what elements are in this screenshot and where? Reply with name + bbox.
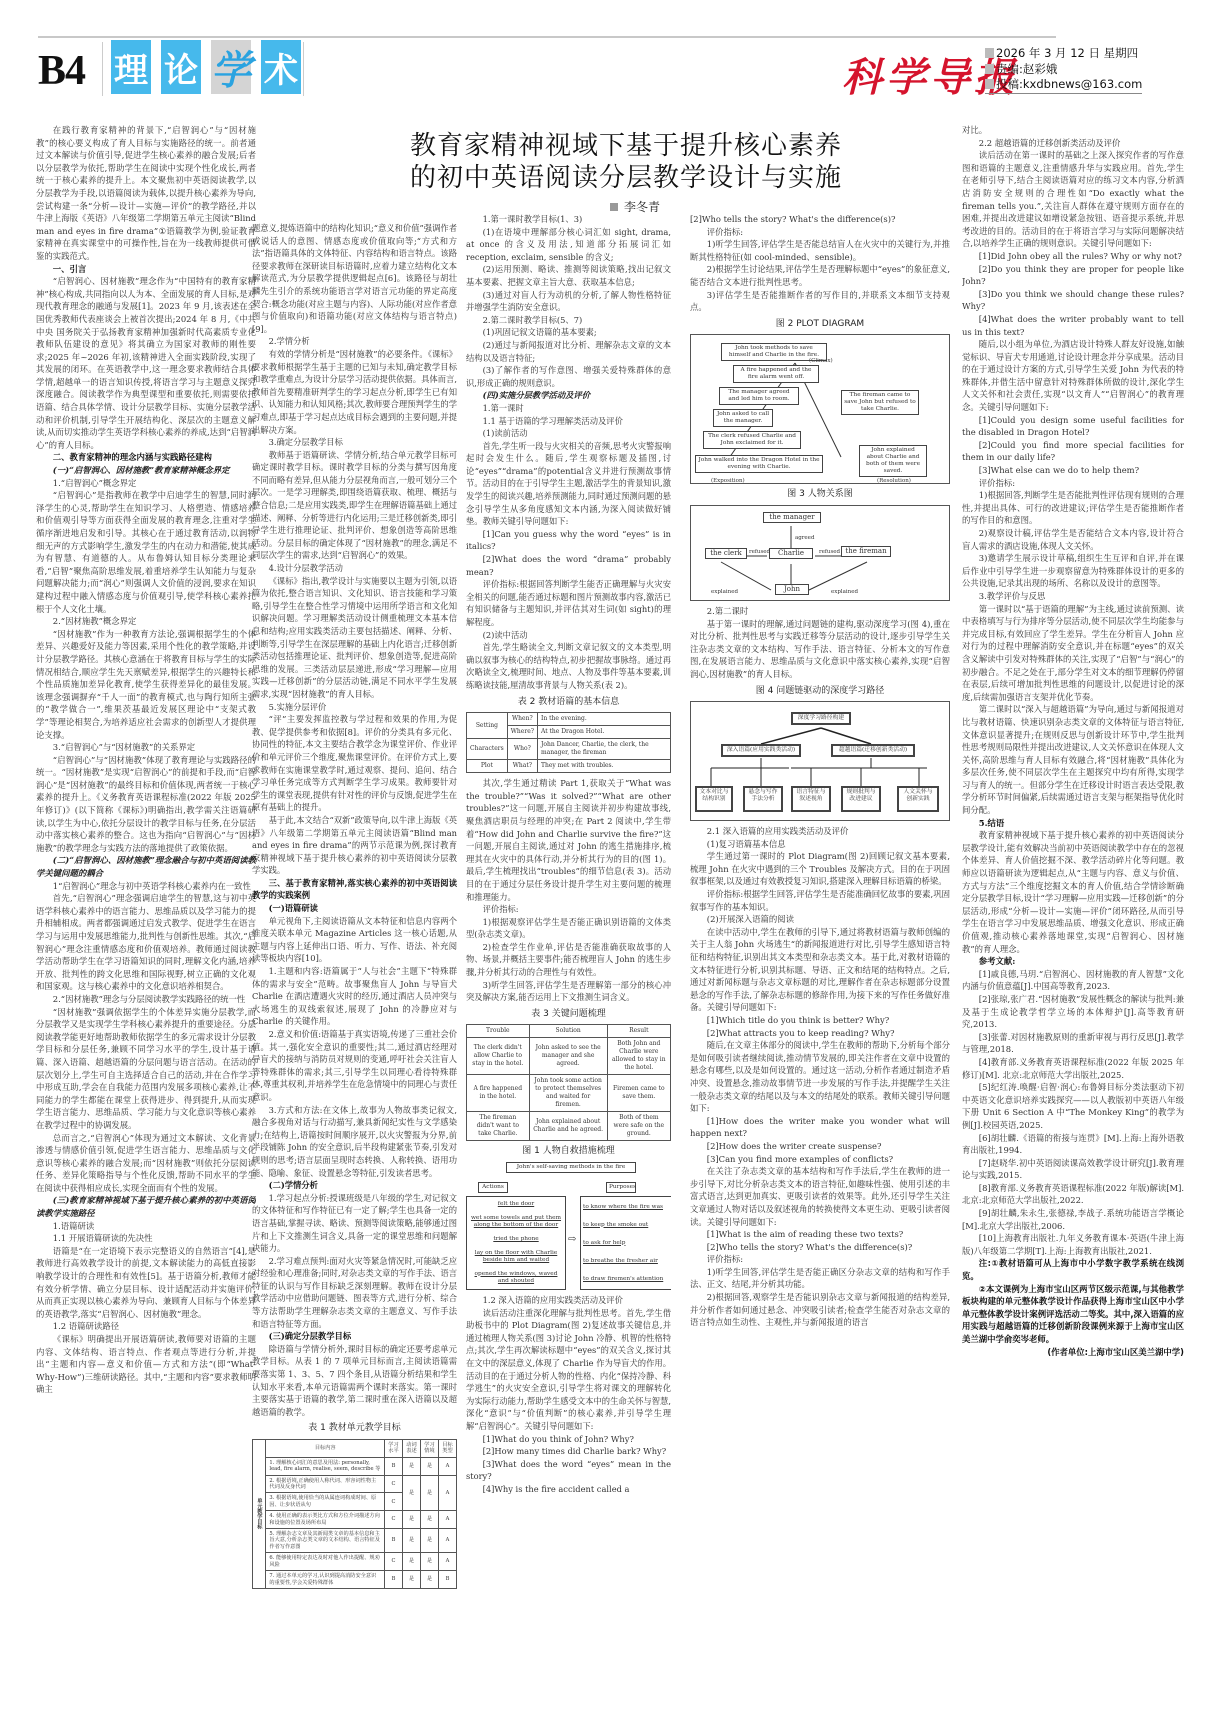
- subheading: 评价指标:: [690, 226, 950, 239]
- cell: 是: [402, 1553, 420, 1571]
- action-item: tried the phone: [469, 1236, 563, 1243]
- table-row: 6. 能够使用特定表达及时对他人作出提醒、规劝风险C是是A: [253, 1553, 457, 1571]
- paragraph: 对比。: [962, 124, 1184, 137]
- cell: Who?: [507, 739, 537, 760]
- paragraph: 首先,学生听一段与火灾相关的音频,思考火灾警报响起时会发生什么。随后,学生观察标…: [466, 440, 671, 528]
- paragraph: 1.主题和内容:语篇属于“人与社会”主题下“特殊群体的需求与安全”范畴。故事聚焦…: [252, 965, 457, 1028]
- cell: John explained about Charlie and he agre…: [529, 1112, 607, 1141]
- header-rule: [38, 36, 1056, 38]
- column-5: 对比。 2.2 超越语篇的迁移创新类活动及评价 读后活动在第一课时的基础之上深入…: [962, 124, 1184, 1724]
- subheading: (2)读中活动: [466, 629, 671, 642]
- plot-node: John explained about Charlie and both of…: [859, 445, 927, 477]
- table-row: 1. 理解核心词汇的意思及用法: personally, lead, fire …: [253, 1457, 457, 1475]
- relation-label: explained: [711, 586, 738, 599]
- table-row: 2. 根据语境,正确使用人称代词、形容词性物主代词及反身代词C是是A: [253, 1475, 457, 1493]
- cell: 是: [420, 1529, 438, 1553]
- paragraph: 1)听学生回答,评估学生是否能正确区分杂志文章的结构和写作手法、正文、结尾,并分…: [690, 1266, 950, 1291]
- cell: B: [385, 1457, 403, 1475]
- reference-item: [8]教育部.义务教育英语课程标准(2022 年版)解读[M].北京:北京师范大…: [962, 1182, 1184, 1207]
- subheading: (2)开展深入语篇的阅读: [690, 913, 950, 926]
- figure-caption: 图 3 人物关系图: [690, 488, 950, 501]
- guiding-question: [2]Do you think they are proper for peop…: [962, 263, 1184, 288]
- unit-objectives-table: 单元教学目标 目标内容 学习水平 动词表述 学习情境 目标类型 1. 理解核心词…: [252, 1439, 457, 1589]
- header-divider: [102, 42, 103, 96]
- table-header: Trouble: [467, 1025, 530, 1038]
- path-leaf-node: 人文关怀与创新实践: [897, 786, 939, 812]
- purpose-item: to draw firemen's attention: [583, 1276, 669, 1283]
- column-4: [2]Who tells the story? What's the diffe…: [690, 213, 950, 1713]
- cell: C: [385, 1553, 403, 1571]
- subheading: (1)读前活动: [466, 427, 671, 440]
- issue-date: 2026 年 3 月 12 日 星期四: [985, 46, 1142, 62]
- paragraph: 首先,学生略读全文,判断文章记叙文的文本类型,明确以叙事为核心的结构特点,初步把…: [466, 641, 671, 691]
- table-row: A fire happened in the hotel.John took s…: [467, 1075, 671, 1112]
- references-heading: 参考文献:: [962, 955, 1184, 968]
- action-item: felt the door: [469, 1201, 563, 1208]
- cell: In the evening.: [537, 713, 670, 726]
- guiding-question: [1]Did John obey all the rules? Why or w…: [962, 250, 1184, 263]
- purposes-label: Purposes: [606, 1182, 636, 1193]
- purpose-item: to breathe the fresher air: [583, 1258, 669, 1265]
- figure-caption: 图 2 PLOT DIAGRAM: [690, 318, 950, 331]
- character-node: the clerk: [705, 548, 747, 559]
- paragraph: 2.“因材施教”理念与分层阅读教学实践路径的统一性: [36, 993, 256, 1006]
- cell: 是: [402, 1475, 420, 1511]
- cell: Setting: [467, 713, 508, 739]
- cell: John asked to see the manager and she ag…: [529, 1038, 607, 1075]
- cell: 是: [420, 1457, 438, 1475]
- paragraph: 第二课时以“深入与超越语篇”为导向,通过与新闻报道对比与教材语篇、快速识别杂志类…: [962, 703, 1184, 816]
- cell: B: [438, 1571, 456, 1589]
- cell: John Dancer, Charlie, the clerk, the man…: [537, 739, 670, 760]
- actions-label: Actions: [478, 1182, 508, 1193]
- table-row: PlotWhat?They met with troubles.: [467, 760, 671, 773]
- paragraph: “评”主要发挥监控教与学过程和效果的作用,为促教、促学提供参考和依据[8]。评价…: [252, 713, 457, 814]
- plot-label: (Climax): [809, 355, 833, 368]
- cell: A fire happened in the hotel.: [467, 1075, 530, 1112]
- paragraph: 第一课时以“基于语篇的理解”为主线,通过读前预测、读中表格填写与行为排序等分层活…: [962, 603, 1184, 704]
- subheading: 4.设计分层教学活动: [252, 562, 457, 575]
- cell: A: [438, 1475, 456, 1511]
- cell: 是: [402, 1571, 420, 1589]
- relation-label: refused: [819, 546, 840, 559]
- paragraph: 1)听学生回答,评估学生是否能总结盲人在火灾中的关键行为,并推断其性格特征(如 …: [690, 238, 950, 263]
- reference-item: [10]上海教育出版社.九年义务教育课本·英语(牛津上海版)八年级第二学期[T]…: [962, 1232, 1184, 1257]
- cell: B: [385, 1571, 403, 1589]
- table-header: 目标内容: [266, 1440, 385, 1458]
- cell: Plot: [467, 760, 508, 773]
- paragraph: 在读中活动中,学生在教师的引导下,通过将教材语篇与教师创编的关于主人翁 John…: [690, 926, 950, 1014]
- relation-label: agreed: [795, 532, 814, 545]
- reference-item: [6]胡壮麟.《语篇的衔接与连贯》[M].上海:上海外语教育出版社,1994.: [962, 1132, 1184, 1157]
- table-header: 动词表述: [402, 1440, 420, 1458]
- table-caption: 表 2 教材语篇的基本信息: [466, 696, 671, 709]
- reference-item: [5]纪红涛.唤醒·启智·润心:布鲁姆目标分类法驱动下初中英语文化意识培养实践探…: [962, 1081, 1184, 1131]
- paragraph: 2.意义和价值:语篇基于真实语境,传递了三重社会价值。其一,强化安全意识的重要性…: [252, 1028, 457, 1104]
- paragraph: 《课标》明确提出开展语篇研读,教师要对语篇的主题内容、文体结构、语言特点、作者观…: [36, 1333, 256, 1396]
- paragraph: 基于第一课时的理解,通过问题链的建构,驱动深度学习(图 4),重在对比分析、批判…: [690, 618, 950, 681]
- subheading: 1.2 语篇研读路径: [36, 1320, 256, 1333]
- plot-node: The fireman came to save John but refuse…: [841, 390, 919, 415]
- section-title: 理 论 学 术: [111, 40, 301, 94]
- path-root-node: 深度学习路径构建: [791, 712, 851, 725]
- table-caption: 表 3 关键问题梳理: [466, 1008, 671, 1021]
- paragraph: 2)根据回答,观察学生是否能识别杂志文章与新闻报道的结构差异,并分析作者如何通过…: [690, 1291, 950, 1329]
- section-char: 术: [261, 40, 301, 94]
- cell: 4. 使用正确的表示类比方式和方位介词描述方向和设施的位置及场所布局: [266, 1511, 385, 1529]
- cell: Both John and Charlie were allowed to st…: [607, 1038, 670, 1075]
- cell: C: [385, 1511, 403, 1529]
- character-node: the manager: [763, 512, 821, 523]
- subsection-heading: (三)确定分层教学目标: [252, 1330, 457, 1343]
- paragraph: “启智润心”是指教师在教学中启迪学生的智慧,同时润泽学生的心灵,帮助学生在知识学…: [36, 489, 256, 615]
- relation-label: refused: [749, 546, 770, 559]
- section-heading: 一、引言: [36, 263, 256, 276]
- subheading: 3.确定分层教学目标: [252, 436, 457, 449]
- editor: 责编:赵彩娥: [985, 62, 1142, 78]
- purpose-item: to know where the fire was: [583, 1204, 669, 1211]
- path-branch-node: 超越语篇(迁移创新类活动): [831, 744, 915, 757]
- cell: 7. 通过本单元的学习,认识到提高消防安全意识的重要性,学会关爱特殊群体: [266, 1571, 385, 1589]
- guiding-question: [2]Could you find more special facilitie…: [962, 439, 1184, 464]
- figure-caption: 图 1 人物自救措施梳理: [466, 1145, 671, 1158]
- paragraph: “因材施教”强调依据学生的个体差异实施分层教学,而分层教学又是实现学生学科核心素…: [36, 1006, 256, 1132]
- actions-box: felt the door wet some towels and put th…: [466, 1196, 566, 1290]
- table-header: 目标类型: [438, 1440, 456, 1458]
- paragraph: 读后活动注重深化理解与批判性思考。首先,学生借助板书中的 Plot Diagra…: [466, 1307, 671, 1433]
- column-1: 在践行教育家精神的背景下,“启智润心”与“因材施教”的核心要义构成了育人目标与实…: [36, 124, 256, 1714]
- paragraph: (1)在语境中理解部分核心词汇如 sight, drama, at once 的…: [466, 226, 671, 264]
- paragraph: (1)巩固记叙文语篇的基本要素;: [466, 326, 671, 339]
- paragraph: 1.学习起点分析:授课班级是八年级的学生,对记叙文的文体特征和写作特征已有一定了…: [252, 1192, 457, 1255]
- purposes-box: to know where the fire was to keep the s…: [580, 1196, 671, 1290]
- character-node: John: [775, 584, 809, 595]
- subheading: 3.教学评价与反思: [962, 590, 1184, 603]
- cell: 1. 理解核心词汇的意思及用法: personally, lead, fire …: [266, 1457, 385, 1475]
- table-row: The fireman didn't want to take Charlie.…: [467, 1112, 671, 1141]
- paragraph: 3)听学生回答,评估学生是否理解第一部分的核心冲突及解决方案,能否运用上下文推测…: [466, 979, 671, 1004]
- subheading: 5.实施分层评价: [252, 701, 457, 714]
- section-char: 理: [111, 40, 151, 94]
- submission-email: 投稿:kxdbnews@163.com: [985, 77, 1142, 94]
- paragraph: 1)根据回答,判断学生是否能批判性评估现有规则的合理性,并提出具体、可行的改进建…: [962, 489, 1184, 527]
- guiding-question: [1]How does the writer make you wonder w…: [690, 1115, 950, 1140]
- cell: What?: [507, 760, 537, 773]
- guiding-question: [4]Why is the fire accident called a: [466, 1483, 671, 1496]
- relation-label: explained: [831, 586, 858, 599]
- paragraph: 单元视角下,主阅读语篇从文本特征和信息内容两个维度关联本单元 Magazine …: [252, 915, 457, 965]
- article-title: 教育家精神视域下基于提升核心素养 的初中英语阅读分层教学设计与实施: [406, 130, 846, 194]
- header-divider: [303, 42, 304, 96]
- table-header: Result: [607, 1025, 670, 1038]
- cell: B: [385, 1529, 403, 1553]
- subheading: 2.“因材施教”概念界定: [36, 615, 256, 628]
- table-row: SettingWhen?In the evening.: [467, 713, 671, 726]
- table-row: The clerk didn't allow Charlie to stay i…: [467, 1038, 671, 1075]
- path-leaf-node: 语言特征与叙述视角: [791, 786, 831, 812]
- section-heading: 二、教育家精神的理念内涵与实践路径建构: [36, 451, 256, 464]
- cell: 2. 根据语境,正确使用人称代词、形容词性物主代词及反身代词: [266, 1475, 385, 1493]
- paragraph: 《课标》指出,教学设计与实施要以主题为引领,以语篇为依托,整合语言知识、文化知识…: [252, 575, 457, 701]
- figure-title-box: John's self-saving methods in the fire: [506, 1162, 636, 1173]
- plot-node: The manager agreed and led him to room.: [719, 387, 799, 405]
- guiding-question: [2]How does the writer create suspense?: [690, 1140, 950, 1153]
- cell: John took some action to protect themsel…: [529, 1075, 607, 1112]
- subheading: 评价指标:: [962, 477, 1184, 490]
- guiding-question: [1]Can you guess why the word “eyes” is …: [466, 528, 671, 553]
- guiding-question: [2]What does the word “drama” probably m…: [466, 553, 671, 578]
- cell: 是: [402, 1511, 420, 1529]
- purpose-item: to keep the smoke out: [583, 1222, 669, 1229]
- paragraph: 评价指标:根据学生回答,评估学生是否能准确回忆故事的要素,巩固叙事写作的基本知识…: [690, 888, 950, 913]
- paragraph: 2.学习难点预判:面对火灾等紧急情况时,可能缺乏应对经验和心理准备;同时,对杂志…: [252, 1255, 457, 1331]
- reference-item: [1]戚良德,马玥.“启智润心、因材施教的育人智慧”文化内涵与价值意蕴[J].中…: [962, 968, 1184, 993]
- guiding-question: [2]How many times did Charlie bark? Why?: [466, 1445, 671, 1458]
- title-line: 教育家精神视域下基于提升核心素养: [406, 130, 846, 162]
- character-relationship-figure: the manager the clerk Charlie the firema…: [690, 505, 950, 601]
- cell: Firemen came to save them.: [607, 1075, 670, 1112]
- subheading: 2.第二课时教学目标(5、7): [466, 314, 671, 327]
- paragraph: 总而言之,“启智润心”体现为通过文本解读、文化背景渗透与情感价值引领,促进学生语…: [36, 1132, 256, 1195]
- table-row: 4. 使用正确的表示类比方式和方位介词描述方向和设施的位置及场所布局C是是A: [253, 1511, 457, 1529]
- subheading: 1.第一课时: [466, 402, 671, 415]
- guiding-question: [2]What attracts you to keep reading? Wh…: [690, 1027, 950, 1040]
- subheading: 3.“启智润心”与“因材施教”的关系界定: [36, 741, 256, 754]
- paragraph: 在关注了杂志类文章的基本结构和写作手法后,学生在教师的进一步引导下,对比分析杂志…: [690, 1165, 950, 1228]
- arrow-right-icon: ⇨: [568, 1234, 576, 1247]
- paragraph: 读后活动在第一课时的基础之上深入探究作者的写作意图和语篇的主题意义,注重情感升华…: [962, 149, 1184, 250]
- cell: The fireman didn't want to take Charlie.: [467, 1112, 530, 1141]
- paragraph: (3)通过对盲人行为动机的分析,了解人物性格特征并增强学生消防安全意识。: [466, 289, 671, 314]
- cell: At the Dragon Hotel.: [537, 726, 670, 739]
- footnote: 注:①教材语篇可从上海市中小学数字教学系统在线浏览。: [962, 1257, 1184, 1282]
- table-header: 学习情境: [420, 1440, 438, 1458]
- subsection-heading: (四)实施分层教学活动及评价: [466, 389, 671, 402]
- cell: A: [438, 1511, 456, 1529]
- action-item: lay on the floor with Charlie beside him…: [469, 1250, 563, 1264]
- issue-meta: 2026 年 3 月 12 日 星期四 责编:赵彩娥 投稿:kxdbnews@1…: [985, 46, 1142, 94]
- subheading: (1)复习语篇基本信息: [690, 838, 950, 851]
- table-side-label: 单元教学目标: [253, 1440, 266, 1589]
- paragraph: 基于此,本文结合“双新”政策导向,以牛津上海版《英语》八年级第二学期第五单元主阅…: [252, 814, 457, 877]
- subheading: 1.语篇研读: [36, 1220, 256, 1233]
- paragraph: “启智润心”与“因材施教”体现了教育理论与实践路径的统一。“因材施教”是实现“启…: [36, 754, 256, 855]
- intro-paragraph: 在践行教育家精神的背景下,“启智润心”与“因材施教”的核心要义构成了育人目标与实…: [36, 124, 256, 263]
- paragraph: 1“启智润心”理念与初中英语学科核心素养内在一致性: [36, 880, 256, 893]
- subheading: 1.2 深入语篇的应用实践类活动及评价: [466, 1294, 671, 1307]
- guiding-question: [4]What does the writer probably want to…: [962, 313, 1184, 338]
- plot-node: John walked into the Dragon Hotel in the…: [695, 455, 823, 473]
- title-line: 的初中英语阅读分层教学设计与实施: [406, 162, 846, 194]
- guiding-question: [1]What do you think of John? Why?: [466, 1433, 671, 1446]
- cell: C: [385, 1475, 403, 1493]
- guiding-question: [3]Can you find more examples of conflic…: [690, 1153, 950, 1166]
- basic-info-table: SettingWhen?In the evening. Where?At the…: [466, 712, 671, 773]
- paragraph: “启智润心、因材施教”理念作为“中国特有的教育家精神”核心构成,共同指向以人为本…: [36, 275, 256, 451]
- cell: A: [438, 1553, 456, 1571]
- section-char: 学: [211, 40, 251, 94]
- guiding-question: [3]What does the word “eyes” mean in the…: [466, 1458, 671, 1483]
- subsection-heading: (二)“启智润心、因材施教”理念融合与初中英语阅读教学关键问题的耦合: [36, 854, 256, 879]
- cell: 3. 根据语境,使用恰当的从属连词构成时间、原因、让步状语从句: [266, 1493, 385, 1511]
- guiding-question: [2]Who tells the story? What's the diffe…: [690, 1241, 950, 1254]
- reference-item: [7]赵晓华.初中英语阅读课高效教学设计研究[J].教育理论与实践,2015.: [962, 1157, 1184, 1182]
- cell: C: [385, 1493, 403, 1511]
- paragraph: 教师基于语篇研读、学情分析,结合单元教学目标可确定课时教学目标。课时教学目标的分…: [252, 449, 457, 562]
- reference-item: [2]张琼,张广君.“因材施教”发展性概念的解读与批判:兼及基于生成论教学哲学立…: [962, 993, 1184, 1031]
- paragraph: 2)观察设计稿,评估学生是否能结合文本内容,设计符合盲人需求的酒店设施,体现人文…: [962, 527, 1184, 552]
- subheading: 评价指标:: [466, 903, 671, 916]
- plot-node: A fire happened and the fire alarm went …: [733, 365, 819, 383]
- cell: A: [438, 1457, 456, 1475]
- subsection-heading: (一)“启智润心、因材施教”教育家精神概念界定: [36, 464, 256, 477]
- paragraph: 3)邀请学生展示设计草稿,组织生生互评和自评,并在课后作业中引导学生进一步观察留…: [962, 552, 1184, 590]
- figure-caption: 图 4 问题链驱动的深度学习路径: [690, 685, 950, 698]
- subheading: 1.“启智润心”概念界定: [36, 477, 256, 490]
- section-char: 论: [161, 40, 201, 94]
- section-heading: 5.结语: [962, 817, 1184, 830]
- plot-label: (Exposition): [711, 475, 745, 488]
- reference-item: [3]张蕾.对因材施教原则的重新审视与再行反思[J].教学与管理,2018.: [962, 1031, 1184, 1056]
- cell: Characters: [467, 739, 508, 760]
- paragraph: 除语篇与学情分析外,课时目标的确定还要考虑单元教学目标。从表 1 的 7 项单元…: [252, 1343, 457, 1419]
- cell: They met with troubles.: [537, 760, 670, 773]
- cell: Both of them were safe on the ground.: [607, 1112, 670, 1141]
- paragraph: (3)了解作者的写作意图、增强关爱特殊群体的意识,形成正确的规则意识。: [466, 364, 671, 389]
- cell: 是: [420, 1511, 438, 1529]
- paragraph: 3)评估学生是否能推断作者的写作目的,并联系文本细节支持观点。: [690, 289, 950, 314]
- action-item: wet some towels and put them along the b…: [469, 1215, 563, 1229]
- plot-diagram-figure: John took methods to save himself and Ch…: [690, 334, 950, 484]
- path-branch-node: 深入语篇(应用实践类活动): [721, 744, 801, 757]
- subheading: 2.学情分析: [252, 335, 457, 348]
- cell: 是: [420, 1553, 438, 1571]
- paragraph: “因材施教”作为一种教育方法论,强调根据学生的个体差异、兴趣爱好及能力等因素,采…: [36, 628, 256, 741]
- author-affiliation: (作者单位:上海市宝山区美兰湖中学): [962, 1346, 1184, 1359]
- footnote: ②本文课例为上海市宝山区两节区级示范课,与其他教学板块构建的单元整体教学设计作品…: [962, 1283, 1184, 1346]
- reference-item: [4]教育部.义务教育英语课程标准(2022 年版 2025 年修订)[M]. …: [962, 1056, 1184, 1081]
- path-leaf-node: 规则批判与改进建议: [841, 786, 881, 812]
- column-2: 题意义,提炼语篇中的结构化知识;“意义和价值”强调作者或说话人的意图、情感态度或…: [252, 222, 457, 1714]
- reference-item: [9]胡壮麟,朱永生,张德禄,李战子.系统功能语言学概论[M].北京大学出版社,…: [962, 1207, 1184, 1232]
- cell: 是: [402, 1457, 420, 1475]
- column-3: 1.第一课时教学目标(1、3) (1)在语境中理解部分核心词汇如 sight, …: [466, 213, 671, 1713]
- subheading: 2.1 深入语篇的应用实践类活动及评价: [690, 825, 950, 838]
- subsection-heading: (二)学情分析: [252, 1179, 457, 1192]
- plot-node: The clerk refused Charlie and John excla…: [703, 431, 801, 449]
- paragraph: 首先,“启智润心”理念强调启迪学生的智慧,这与初中英语学科核心素养中的语言能力、…: [36, 892, 256, 993]
- plot-label: (Resolution): [877, 475, 911, 488]
- paragraph: (2)通过与新闻报道对比分析、理解杂志文章的文本结构以及语言特征;: [466, 339, 671, 364]
- subheading: 评价指标:: [690, 1253, 950, 1266]
- paragraph: 随后,以小组为单位,为酒店设计特殊人群友好设施,如触觉标识、导盲犬专用通道,讨论…: [962, 338, 1184, 414]
- paragraph: 有效的学情分析是“因材施教”的必要条件。《课标》要求教师根据学生基于主题的已知与…: [252, 348, 457, 436]
- table-header: 学习水平: [385, 1440, 403, 1458]
- paragraph: 题意义,提炼语篇中的结构化知识;“意义和价值”强调作者或说话人的意图、情感态度或…: [252, 222, 457, 335]
- character-node: Charlie: [769, 548, 813, 559]
- purpose-item: to ask for help: [583, 1240, 669, 1247]
- paragraph: 学生通过第一课时的 Plot Diagram(图 2)回顾记叙文基本要素,梳理 …: [690, 850, 950, 888]
- subheading: 1.第一课时教学目标(1、3): [466, 213, 671, 226]
- cell: The clerk didn't allow Charlie to stay i…: [467, 1038, 530, 1075]
- paragraph: 其次,学生通过精读 Part 1,获取关于“What was the troub…: [466, 777, 671, 903]
- cell: When?: [507, 713, 537, 726]
- cell: 是: [420, 1571, 438, 1589]
- action-item: opened the windows, waved and shouted: [469, 1271, 563, 1285]
- cell: 6. 能够使用特定表达及时对他人作出提醒、规劝风险: [266, 1553, 385, 1571]
- paragraph: 随后,在文章主体部分的阅读中,学生在教师的帮助下,分析每个部分是如何吸引读者继续…: [690, 1039, 950, 1115]
- subheading: 2.第二课时: [690, 605, 950, 618]
- cell: Where?: [507, 726, 537, 739]
- path-leaf-node: 文本对比与结构识别: [695, 786, 733, 812]
- paragraph: 1)根据观察评估学生是否能正确识别语篇的文体类型(杂志类文章)。: [466, 916, 671, 941]
- paragraph: (2)运用预测、略读、推测等阅读策略,找出记叙文基本要素、把握文章主旨大意、获取…: [466, 263, 671, 288]
- section-heading: 三、基于教育家精神,落实核心素养的初中英语阅读教学的实践案例: [252, 877, 457, 902]
- cell: 5. 理解杂志文章及其新闻类文章的基本信息和主旨大意,分析杂志类文章的文本结构、…: [266, 1529, 385, 1553]
- subheading: 1.1 基于语篇的学习理解类活动及评价: [466, 415, 671, 428]
- key-questions-table: TroubleSolutionResult The clerk didn't a…: [466, 1024, 671, 1141]
- table-header: Solution: [529, 1025, 607, 1038]
- cell: 是: [420, 1475, 438, 1511]
- paragraph: 3.方式和方法:在文体上,故事为人物故事类记叙文,融合多视角对话与行动描写,兼具…: [252, 1104, 457, 1180]
- table-row: 5. 理解杂志文章及其新闻类文章的基本信息和主旨大意,分析杂志类文章的文本结构、…: [253, 1529, 457, 1553]
- guiding-question: [2]Who tells the story? What's the diffe…: [690, 213, 950, 226]
- cell: 是: [402, 1529, 420, 1553]
- guiding-question: [1]Could you design some useful faciliti…: [962, 414, 1184, 439]
- table-caption: 表 1 教材单元教学目标: [252, 1422, 457, 1435]
- paragraph: 评价指标:根据回答判断学生能否正确理解与火灾安全相关的问题,能否通过标题和图片预…: [466, 578, 671, 628]
- guiding-question: [1]Which title do you think is better? W…: [690, 1014, 950, 1027]
- path-leaf-node: 悬念与写作手法分析: [743, 786, 783, 812]
- page-number: B4: [38, 47, 85, 95]
- subheading: 2.2 超越语篇的迁移创新类活动及评价: [962, 137, 1184, 150]
- paragraph: 教育家精神视域下基于提升核心素养的初中英语阅读分层教学设计,能有效解决当前初中英…: [962, 829, 1184, 955]
- paragraph: 语篇是“在一定语境下表示完整语义的自然语言”[4],是教师进行高效教学设计的前提…: [36, 1245, 256, 1321]
- table-row: CharactersWho?John Dancer, Charlie, the …: [467, 739, 671, 760]
- guiding-question: [3]Do you think we should change these r…: [962, 288, 1184, 313]
- subsection-heading: (三)教育家精神视域下基于提升核心素养的初中英语阅读教学实施路径: [36, 1194, 256, 1219]
- guiding-question: [3]What else can we do to help them?: [962, 464, 1184, 477]
- subsection-heading: (一)语篇研读: [252, 902, 457, 915]
- table-row: 7. 通过本单元的学习,认识到提高消防安全意识的重要性,学会关爱特殊群体B是是B: [253, 1571, 457, 1589]
- deep-learning-path-figure: 深度学习路径构建 深入语篇(应用实践类活动) 超越语篇(迁移创新类活动) 文本对…: [690, 701, 950, 821]
- self-saving-methods-figure: John's self-saving methods in the fire A…: [466, 1162, 671, 1290]
- guiding-question: [1]What is the aim of reading these two …: [690, 1228, 950, 1241]
- subheading: 1.1 开展语篇研读的先决性: [36, 1232, 256, 1245]
- cell: A: [438, 1529, 456, 1553]
- paragraph: 2)检查学生作业单,评估是否能准确获取故事的人物、场景,并概括主要事件;能否梳理…: [466, 941, 671, 979]
- character-node: the fireman: [841, 546, 891, 557]
- paragraph: 2)根据学生讨论结果,评估学生是否理解标题中“eyes”的象征意义,能否结合文本…: [690, 263, 950, 288]
- plot-node: John asked to call the manager.: [713, 409, 773, 427]
